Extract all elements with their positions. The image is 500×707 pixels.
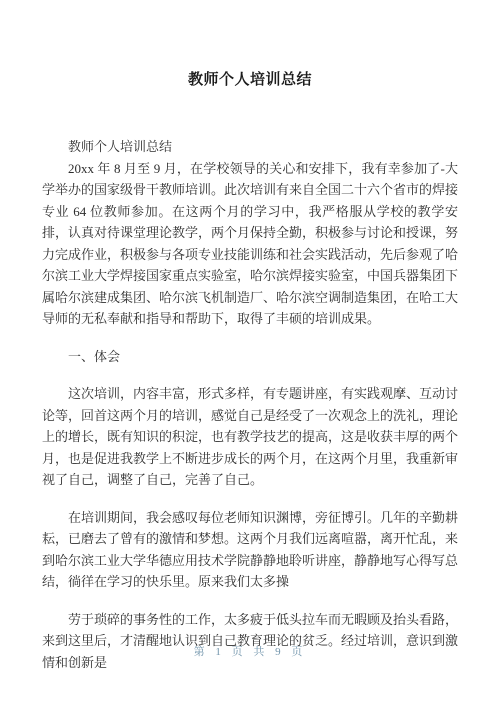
section-heading: 一、体会 (42, 346, 458, 368)
document-body: 教师个人培训总结 20xx 年 8 月至 9 月，在学校领导的关心和安排下，我有… (0, 136, 500, 673)
page-title: 教师个人培训总结 (0, 0, 500, 91)
paragraph: 在培训期间，我会感叹每位老师知识渊博，旁征博引。几年的辛勤耕耘，已磨去了曾有的激… (42, 507, 458, 593)
paragraph: 20xx 年 8 月至 9 月，在学校领导的关心和安排下，我有幸参加了-大学举办… (42, 158, 458, 330)
paragraph: 劳于琐碎的事务性的工作，太多疲于低头拉车而无暇顾及抬头看路，来到这里后，才清醒地… (42, 609, 458, 674)
page-number-footer: 第 1 页 共 9 页 (0, 643, 500, 659)
paragraph: 这次培训，内容丰富，形式多样，有专题讲座，有实践观摩、互动讨论等，回首这两个月的… (42, 383, 458, 491)
document-page: 教师个人培训总结 教师个人培训总结 20xx 年 8 月至 9 月，在学校领导的… (0, 0, 500, 707)
paragraph-subtitle: 教师个人培训总结 (42, 136, 458, 158)
